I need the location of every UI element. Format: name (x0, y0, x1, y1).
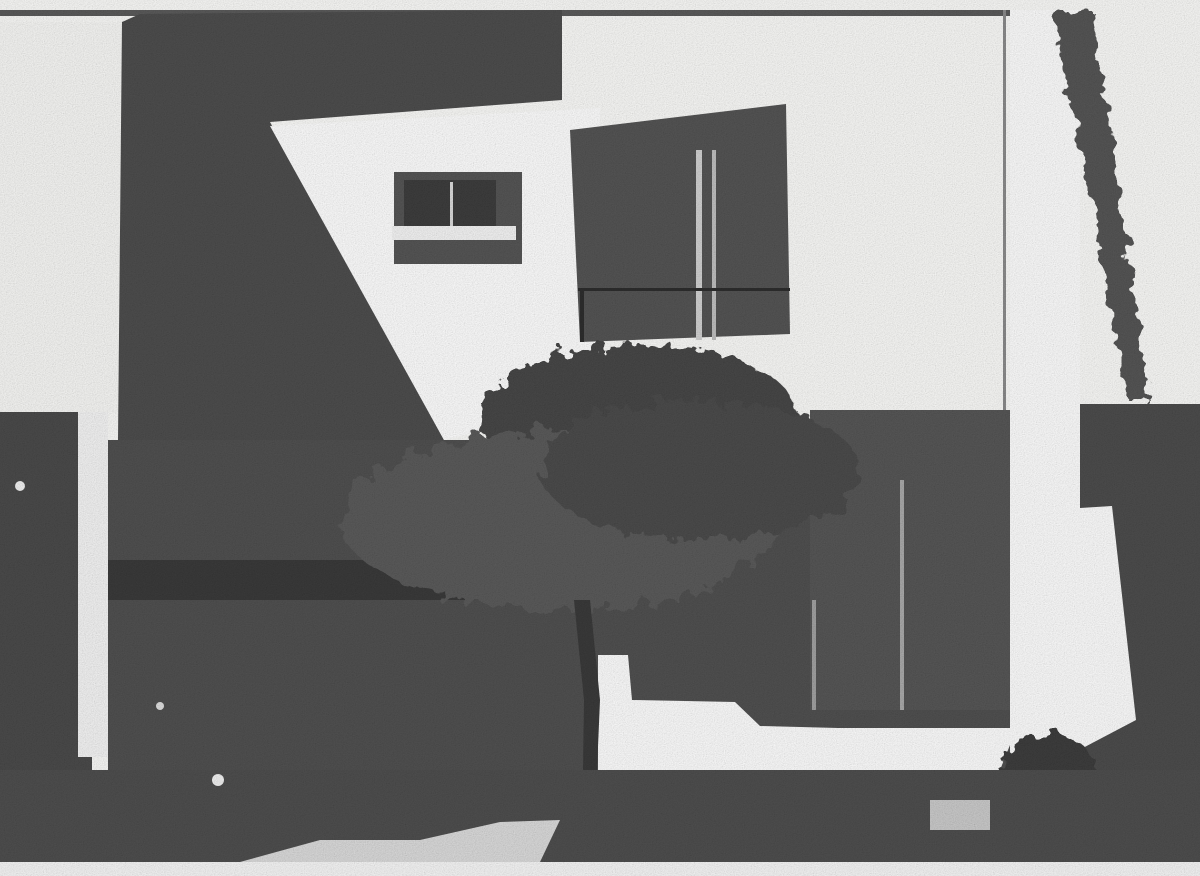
highlight-dot (212, 774, 224, 786)
bottom-paper-margin (0, 862, 1200, 876)
balcony-window-post-1 (696, 150, 702, 340)
balcony-window (570, 104, 790, 342)
left-lower-white-post (78, 412, 108, 757)
house-facade-photo (0, 0, 1200, 876)
ground-window-mullion (900, 480, 904, 710)
small-window-sill (392, 226, 516, 240)
right-column-edge (1003, 10, 1006, 450)
balcony-railing-post (580, 288, 584, 342)
small-window-mullion (450, 182, 453, 226)
highlight-dot (15, 481, 25, 491)
street-light-patch (930, 800, 990, 830)
balcony-railing (578, 288, 790, 291)
ground-window-mullion-2 (812, 600, 816, 710)
balcony-window-post-2 (712, 150, 716, 340)
street-foreground (0, 770, 1200, 862)
left-white-pillar (0, 22, 130, 412)
highlight-dot (156, 702, 164, 710)
